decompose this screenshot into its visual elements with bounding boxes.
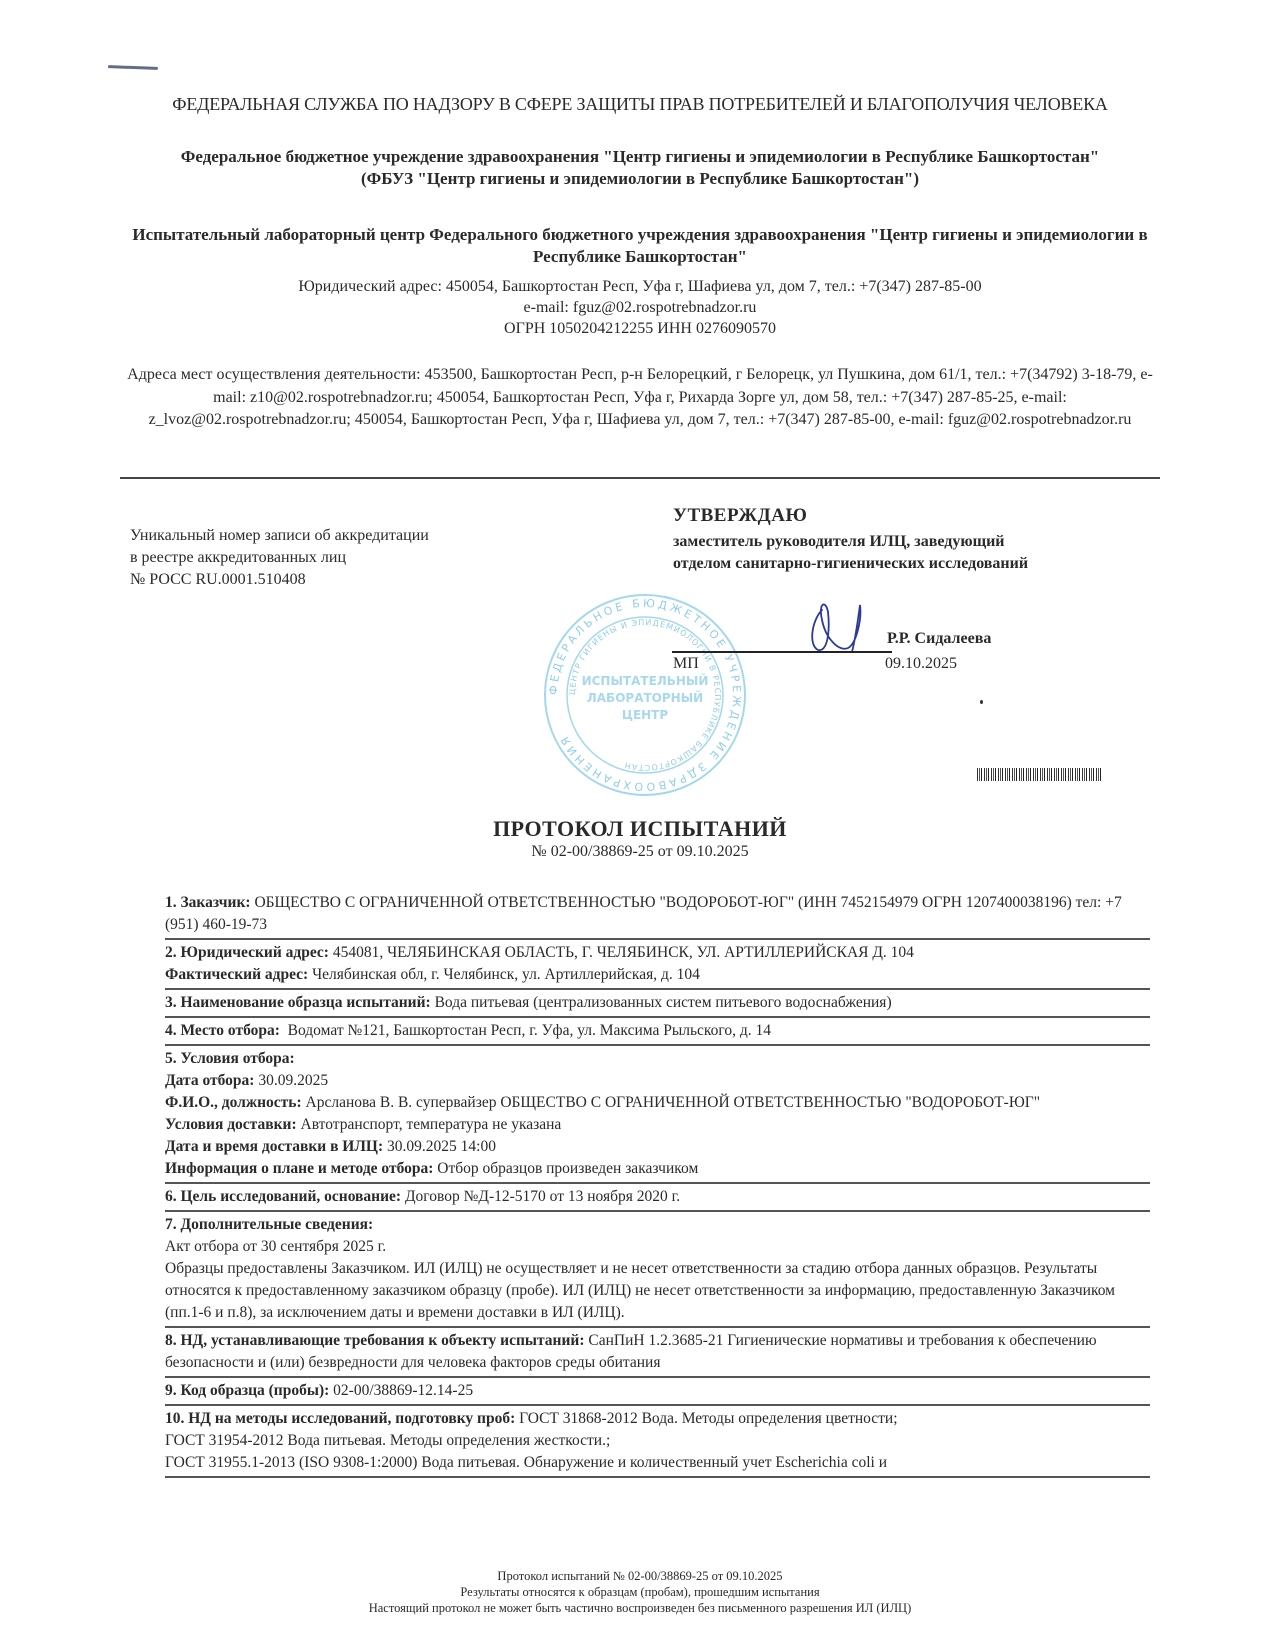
- section-purpose: 6. Цель исследований, основание: Договор…: [165, 1184, 1150, 1212]
- ogrn-inn: ОГРН 1050204212255 ИНН 0276090570: [120, 318, 1160, 339]
- section-customer: 1. Заказчик: ОБЩЕСТВО С ОГРАНИЧЕННОЙ ОТВ…: [165, 890, 1150, 940]
- header-divider: [120, 477, 1160, 479]
- svg-text:ЦЕНТР: ЦЕНТР: [622, 708, 669, 722]
- agency-name: ФЕДЕРАЛЬНАЯ СЛУЖБА ПО НАДЗОРУ В СФЕРЕ ЗА…: [120, 92, 1160, 116]
- seal-place-label: МП: [673, 655, 699, 673]
- organization-header: Федеральное бюджетное учреждение здравоо…: [120, 146, 1160, 190]
- svg-text:ИСПЫТАТЕЛЬНЫЙ: ИСПЫТАТЕЛЬНЫЙ: [582, 673, 709, 688]
- accreditation-number: № РОСС RU.0001.510408: [130, 569, 429, 591]
- section-sampling-place: 4. Место отбора: Водомат №121, Башкортос…: [165, 1018, 1150, 1046]
- scan-artifact-mark: [108, 65, 158, 70]
- section-sampling-conditions: 5. Условия отбора: Дата отбора: 30.09.20…: [165, 1046, 1150, 1184]
- protocol-sections: 1. Заказчик: ОБЩЕСТВО С ОГРАНИЧЕННОЙ ОТВ…: [165, 890, 1150, 1478]
- footer-copy-notice: Настоящий протокол не может быть частичн…: [120, 1600, 1160, 1616]
- laboratory-name: Испытательный лабораторный центр Федерал…: [120, 224, 1160, 268]
- approver-position: заместитель руководителя ИЛЦ, заведующий…: [673, 531, 1028, 575]
- approval-date: 09.10.2025: [885, 655, 957, 673]
- signature-line: [672, 651, 892, 653]
- section-requirements: 8. НД, устанавливающие требования к объе…: [165, 1328, 1150, 1378]
- protocol-number: № 02-00/38869-25 от 09.10.2025: [120, 843, 1160, 861]
- legal-info: Юридический адрес: 450054, Башкортостан …: [120, 276, 1160, 339]
- footer-results-note: Результаты относятся к образцам (пробам)…: [120, 1584, 1160, 1600]
- legal-address: Юридический адрес: 450054, Башкортостан …: [120, 276, 1160, 297]
- section-sample-name: 3. Наименование образца испытаний: Вода …: [165, 990, 1150, 1018]
- section-address: 2. Юридический адрес: 454081, ЧЕЛЯБИНСКА…: [165, 940, 1150, 990]
- signature-icon: [800, 590, 890, 660]
- svg-text:ЛАБОРАТОРНЫЙ: ЛАБОРАТОРНЫЙ: [587, 690, 703, 705]
- accreditation-line-2: в реестре аккредитованных лиц: [130, 547, 429, 569]
- section-additional-info: 7. Дополнительные сведения: Акт отбора о…: [165, 1212, 1150, 1328]
- signer-name: Р.Р. Сидалеева: [887, 630, 991, 648]
- email: e-mail: fguz@02.rospotrebnadzor.ru: [120, 297, 1160, 318]
- section-methods: 10. НД на методы исследований, подготовк…: [165, 1406, 1150, 1478]
- page-footer: Протокол испытаний № 02-00/38869-25 от 0…: [120, 1568, 1160, 1616]
- activity-addresses: Адреса мест осуществления деятельности: …: [120, 364, 1160, 432]
- accreditation-block: Уникальный номер записи об аккредитации …: [130, 525, 429, 591]
- approval-title: УТВЕРЖДАЮ: [673, 505, 1028, 527]
- stamp-icon: ФЕДЕРАЛЬНОЕ БЮДЖЕТНОЕ УЧРЕЖДЕНИЕ ЗДРАВОО…: [540, 590, 750, 800]
- barcode-icon: [977, 768, 1103, 781]
- accreditation-line-1: Уникальный номер записи об аккредитации: [130, 525, 429, 547]
- protocol-title: ПРОТОКОЛ ИСПЫТАНИЙ: [120, 816, 1160, 842]
- organization-short-name: (ФБУЗ "Центр гигиены и эпидемиологии в Р…: [120, 168, 1160, 190]
- approval-block: УТВЕРЖДАЮ заместитель руководителя ИЛЦ, …: [673, 505, 1028, 575]
- footer-protocol-ref: Протокол испытаний № 02-00/38869-25 от 0…: [120, 1568, 1160, 1584]
- organization-full-name: Федеральное бюджетное учреждение здравоо…: [120, 146, 1160, 168]
- ink-dot: [980, 700, 983, 704]
- section-sample-code: 9. Код образца (пробы): 02-00/38869-12.1…: [165, 1378, 1150, 1406]
